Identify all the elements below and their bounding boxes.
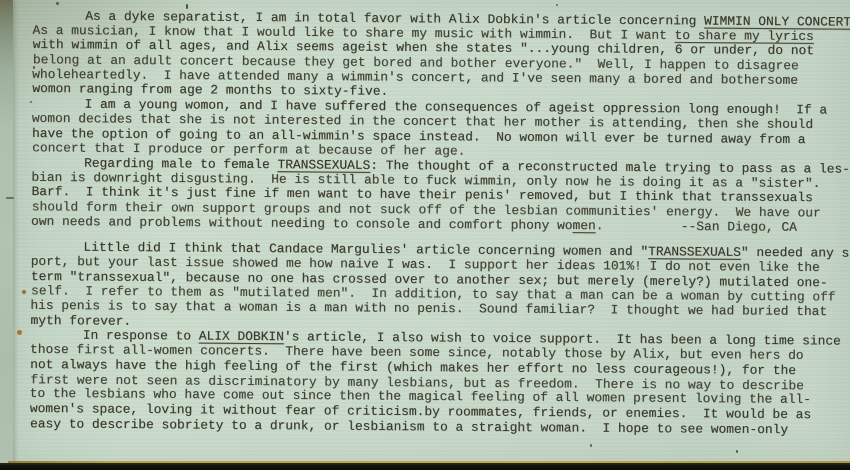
ink-speck bbox=[186, 4, 188, 9]
rust-speck bbox=[17, 330, 22, 335]
paragraph: I am a young womon, and I have suffered … bbox=[32, 97, 844, 162]
paragraph: In response to ALIX DOBKIN's article, I … bbox=[30, 328, 843, 437]
ink-speck bbox=[30, 101, 32, 103]
ink-speck bbox=[556, 4, 558, 6]
ink-speck bbox=[56, 2, 59, 5]
text-segment: . --San Diego, CA bbox=[596, 218, 797, 235]
paragraph: Regarding male to female TRANSSEXUALS: T… bbox=[31, 156, 844, 236]
underlined-text: men bbox=[572, 218, 595, 233]
paragraph: Little did I think that Candace Margulie… bbox=[30, 240, 843, 334]
scan-edge-black-bar bbox=[0, 463, 850, 470]
ink-speck bbox=[736, 450, 738, 453]
ink-speck bbox=[33, 66, 35, 69]
underlined-text: to share my lyrics bbox=[675, 28, 814, 44]
text-segment: own needs and problems without needing t… bbox=[31, 213, 573, 232]
rust-speck bbox=[22, 290, 26, 294]
underlined-text: ALIX DOBKIN bbox=[199, 329, 284, 345]
scanned-document-page: As a dyke separatist, I am in total favo… bbox=[0, 0, 850, 470]
paper-left-edge bbox=[0, 0, 13, 470]
ink-speck bbox=[6, 197, 14, 199]
paragraph: As a dyke separatist, I am in total favo… bbox=[32, 9, 845, 103]
document-text-column: As a dyke separatist, I am in total favo… bbox=[30, 9, 845, 438]
ink-speck bbox=[590, 444, 592, 447]
text-segment: myth forever. bbox=[30, 313, 131, 329]
